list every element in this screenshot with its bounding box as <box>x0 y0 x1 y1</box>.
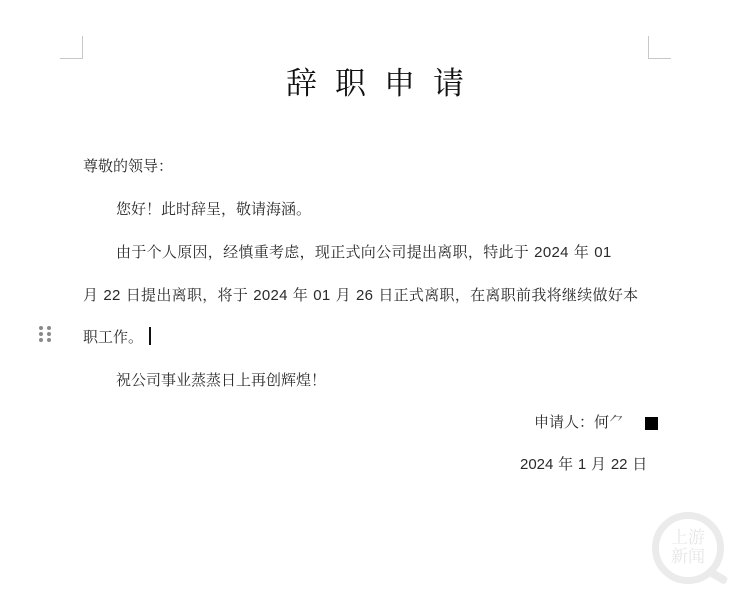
paragraph-reason-line-3[interactable]: 职工作。 <box>83 326 151 347</box>
date-year-unit: 年 <box>553 455 578 473</box>
date-day-unit: 日 <box>628 455 648 473</box>
drag-dot <box>47 338 51 342</box>
document-title: 辞职申请 <box>0 58 750 103</box>
month-value: 01 <box>594 244 611 261</box>
text-segment: 日正式离职，在离职前我将继续做好本 <box>373 286 638 304</box>
date-month: 1 <box>578 456 586 473</box>
page-margin-corner-top-right <box>648 36 671 59</box>
signer-label: 申请人： <box>534 413 594 431</box>
signer-name-cut: ⺈ <box>609 413 624 431</box>
paragraph-opening: 您好！此时辞呈，敬请海涵。 <box>116 198 311 219</box>
date-month-unit: 月 <box>586 455 611 473</box>
date-day: 22 <box>611 456 628 473</box>
signer-name: 何 <box>594 413 609 431</box>
drag-dot <box>39 338 43 342</box>
greeting-line: 尊敬的领导： <box>83 155 173 176</box>
date-year: 2024 <box>520 456 553 473</box>
signer-line: 申请人：何⺈ <box>534 411 624 432</box>
drag-dot <box>47 332 51 336</box>
page-margin-corner-top-left <box>60 36 83 59</box>
text-segment: 年 <box>288 286 313 304</box>
watermark-logo-tail <box>705 567 728 585</box>
day-value: 26 <box>356 287 373 304</box>
text-segment: 由于个人原因，经慎重考虑，现正式向公司提出离职，特此于 <box>116 243 534 261</box>
paragraph-reason-line-2: 月 22 日提出离职，将于 2024 年 01 月 26 日正式离职，在离职前我… <box>83 284 638 305</box>
paragraph-reason-line-1: 由于个人原因，经慎重考虑，现正式向公司提出离职，特此于 2024 年 01 <box>116 241 611 262</box>
text-segment: 职工作。 <box>83 328 143 346</box>
text-cursor <box>149 327 151 345</box>
month-value: 01 <box>313 287 330 304</box>
year-value: 2024 <box>253 287 288 304</box>
text-segment: 日提出离职，将于 <box>121 286 254 304</box>
text-segment: 月 <box>331 286 356 304</box>
text-segment: 月 <box>83 286 103 304</box>
watermark-text: 上游新闻 <box>668 529 708 567</box>
drag-dot <box>39 326 43 330</box>
drag-dot <box>47 326 51 330</box>
block-drag-handle-icon[interactable] <box>39 326 51 342</box>
year-value: 2024 <box>534 244 569 261</box>
signature-date: 2024 年 1 月 22 日 <box>520 453 647 474</box>
drag-dot <box>39 332 43 336</box>
day-value: 22 <box>103 287 120 304</box>
redaction-block <box>645 417 658 430</box>
text-segment: 年 <box>569 243 594 261</box>
paragraph-wishes: 祝公司事业蒸蒸日上再创辉煌！ <box>116 369 326 390</box>
